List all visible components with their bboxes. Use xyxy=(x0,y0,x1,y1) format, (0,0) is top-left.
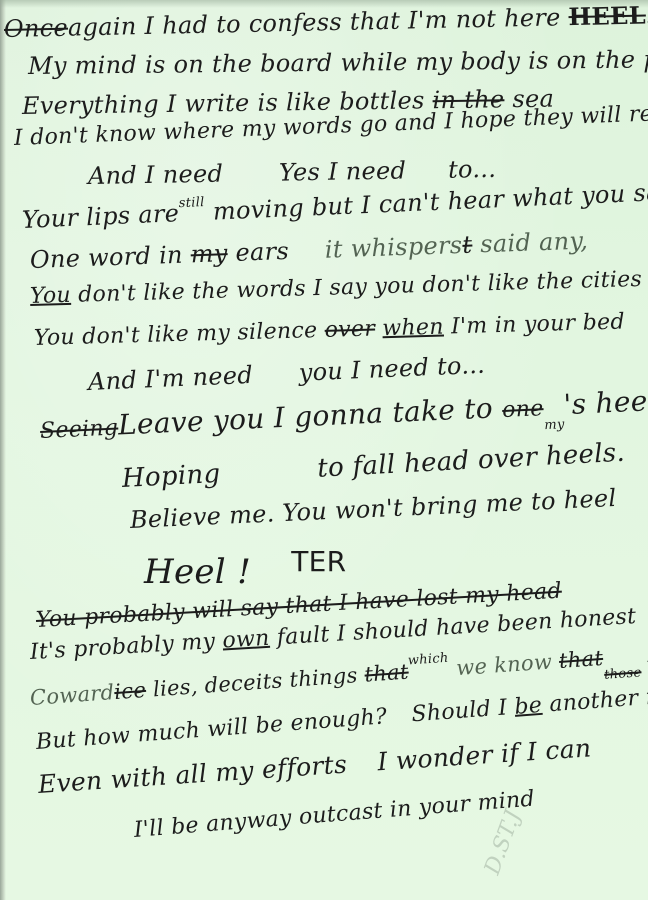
struck-inserted-word: those xyxy=(604,665,642,683)
struck-word: that xyxy=(558,646,604,673)
lyric-line-9: You don't like my silence over when I'm … xyxy=(34,310,626,351)
lyric-text: I'll be anyway outcast in your mind xyxy=(133,786,536,842)
inserted-word: still xyxy=(178,195,205,211)
lyric-text: Coward xyxy=(29,680,115,710)
lyric-text: I wonder if I can xyxy=(376,733,592,776)
lyric-text: it whispers xyxy=(324,231,463,264)
lyric-text: Should I xyxy=(411,695,508,727)
lyric-line-20: I'll be anyway outcast in your mind xyxy=(133,786,536,842)
lyric-text: another man xyxy=(548,682,648,718)
lyric-line-14: Heel ! TER xyxy=(144,552,346,592)
paper-left-edge xyxy=(0,0,6,900)
lyric-text: to fall head over heels. xyxy=(317,438,626,484)
lyric-text: 's heels. xyxy=(563,383,648,421)
lyric-text: said any, xyxy=(480,227,589,259)
lyric-text: Hoping xyxy=(121,459,221,494)
lyric-text: I'm in your bed xyxy=(451,310,625,340)
lyric-line-2: My mind is on the board while my body is… xyxy=(28,45,648,80)
lyric-text: But how much will be enough? xyxy=(35,704,388,755)
underlined-word: own xyxy=(222,626,271,654)
struck-word: t xyxy=(462,231,473,259)
struck-word: ice xyxy=(113,678,146,704)
struck-word: over xyxy=(324,316,375,342)
lyric-line-8: You don't like the words I say you don't… xyxy=(30,265,648,309)
lyric-text: lies, deceits things xyxy=(152,663,358,701)
lyric-line-13: Believe me. You won't bring me to heel xyxy=(129,484,617,534)
lyric-text: And I need xyxy=(88,160,224,190)
lyric-text: to... xyxy=(448,155,497,184)
lyric-line-5: And I need Yes I need to... xyxy=(88,155,497,190)
lyric-text: again I had to confess that I'm not here xyxy=(68,3,561,41)
lyric-text: we know xyxy=(455,650,552,681)
struck-word: one xyxy=(502,396,544,423)
struck-word: HEEL xyxy=(568,1,646,32)
lyric-text: You don't like my silence xyxy=(34,318,318,351)
struck-word: Once xyxy=(4,14,69,43)
lyric-text: Leave you I gonna take to xyxy=(117,391,493,441)
lyrics-page: Onceagain I had to confess that I'm not … xyxy=(0,0,648,900)
lyric-line-7: One word in my ears it whisperst said an… xyxy=(30,227,589,274)
faint-signature: D.ST.J xyxy=(480,807,526,878)
lyric-text: you I need to... xyxy=(298,351,485,387)
struck-word: Seeing xyxy=(40,415,119,444)
lyric-text: Believe me. You won't bring me to heel xyxy=(129,484,617,534)
inserted-word: which xyxy=(407,651,449,669)
lyric-text: don't like the words I say you don't lik… xyxy=(78,265,648,308)
lyric-heading: TER xyxy=(291,545,346,578)
lyric-heading: Heel ! xyxy=(144,552,251,592)
struck-word: my xyxy=(190,239,228,268)
lyric-text: ears xyxy=(235,237,289,267)
underlined-word: when xyxy=(382,315,444,342)
lyric-text: It's probably my xyxy=(29,629,216,665)
underlined-word: You xyxy=(30,283,72,309)
underlined-word: be xyxy=(514,693,543,720)
lyric-text: Even with all my efforts xyxy=(37,750,348,799)
lyric-line-10: And I'm need you I need to... xyxy=(87,351,485,396)
struck-word: that xyxy=(364,660,410,687)
lyric-text: One word in xyxy=(30,241,184,274)
inserted-word: my xyxy=(544,417,565,433)
lyric-line-12: Hoping to fall head over heels. xyxy=(121,438,626,494)
lyric-text: Your lips are xyxy=(21,199,179,234)
lyric-text: And I'm need xyxy=(87,361,253,396)
lyric-text: Yes I need xyxy=(279,156,407,186)
lyric-text: My mind is on the board while my body is… xyxy=(28,45,648,80)
